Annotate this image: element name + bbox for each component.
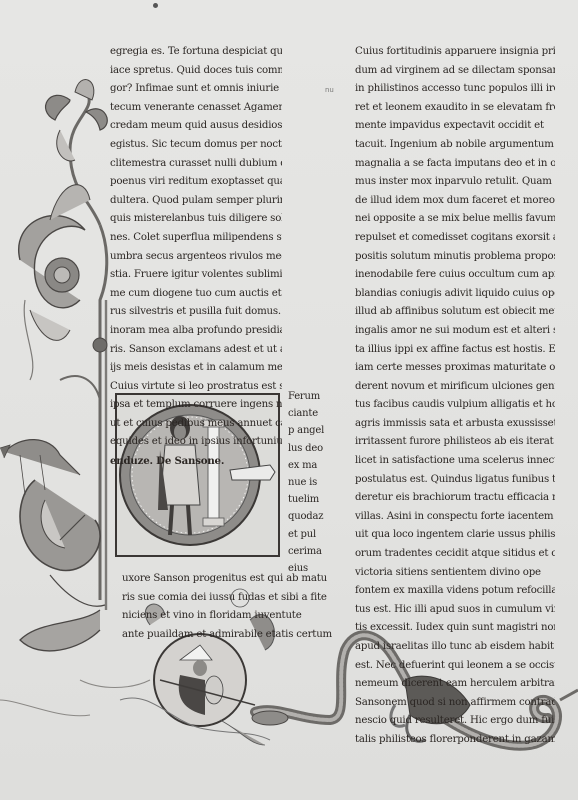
- text-line: est. Nec defuerint qui leonem a se occis…: [355, 657, 555, 676]
- text-line: tis excessit. Iudex quin sunt magistri n…: [355, 619, 555, 638]
- text-line: magnalia a se facta imputans deo et in o…: [355, 155, 555, 174]
- text-line: Cuius fortitudinis apparuere insignia pr…: [355, 43, 555, 62]
- text-line: quodaz: [288, 508, 346, 525]
- right-text-column: Cuius fortitudinis apparuere insignia pr…: [355, 43, 555, 750]
- text-line: ta illius ippi ex affine factus est host…: [355, 341, 555, 360]
- text-line: egregia es. Te fortuna despiciat quia tu…: [110, 43, 282, 62]
- text-line: mus inster mox inparvulo retulit. Quam: [355, 173, 555, 192]
- text-line: mente impavidus expectavit occidit et: [355, 117, 555, 136]
- text-line: nes. Colet superflua milipendens sub arb…: [110, 229, 282, 248]
- text-line: Cuius virtute si leo prostratus est sapi…: [110, 378, 282, 397]
- text-line: deretur eis brachiorum tractu efficacia …: [355, 489, 555, 508]
- text-line: nemeum dicerent eam herculem arbitrarent…: [355, 675, 555, 694]
- text-line: iace spretus. Quid doces tuis commare fu…: [110, 62, 282, 81]
- text-line: et pul: [288, 526, 346, 543]
- text-line: Sansonem quod si non affirmem contradice…: [355, 694, 555, 713]
- text-line: clitemestra curasset nulli dubium quin c…: [110, 155, 282, 174]
- text-line: illud ab affinibus solutum est obiecit m…: [355, 303, 555, 322]
- text-line: ijs meis desistas et in calamum mentem e…: [110, 359, 282, 378]
- text-line: ris. Sanson exclamans adest et ut a desi…: [110, 341, 282, 360]
- text-line: equides et ideo in ipsius infortunium ve…: [110, 433, 282, 452]
- text-line: repulset et comedisset cogitans exorsit …: [355, 229, 555, 248]
- text-line: tus facibus caudis vulpium alligatis et …: [355, 396, 555, 415]
- text-line: ingalis amor ne sui modum est et alteri …: [355, 322, 555, 341]
- margin-note: nu: [325, 86, 334, 94]
- text-line: ipsa et templum corruere ingens non dedi…: [110, 396, 282, 415]
- initial-side-text: Ferum ciante p angel lus deo ex ma nue i…: [288, 388, 346, 577]
- text-line: irritassent furore philisteos ab eis ite…: [355, 433, 555, 452]
- text-line: poenus viri reditum exoptasset quam timu…: [110, 173, 282, 192]
- text-line: nei opposite a se mix belue mellis favum…: [355, 210, 555, 229]
- text-line: ciante: [288, 405, 346, 422]
- text-line: uit qua loco ingentem clarie ussus phili…: [355, 526, 555, 545]
- text-line: cerima: [288, 543, 346, 560]
- text-line: ris sue comia dei iussu fudas et sibi a …: [122, 589, 350, 608]
- text-line: tacuit. Ingenium ab nobile argumentum: [355, 136, 555, 155]
- text-line: de illud idem mox dum faceret et moreora: [355, 192, 555, 211]
- text-line: tus est. Hic illi apud suos in cumulum v…: [355, 601, 555, 620]
- text-line: nescio quid resulteret. Hic ergo dum fui…: [355, 712, 555, 731]
- text-line: inenodabile fere cuius occultum cum apis…: [355, 266, 555, 285]
- text-line: talis philisteos florerponderent in gaza…: [355, 731, 555, 750]
- text-line: fontem ex maxilla videns potum refocilla: [355, 582, 555, 601]
- text-line: credam meum quid ausus desidiosus fuisse…: [110, 117, 282, 136]
- left-text-column: egregia es. Te fortuna despiciat quia tu…: [110, 43, 282, 471]
- text-line: licet in satisfactione uma scelerus inne…: [355, 452, 555, 471]
- manuscript-page: nu egregia es. Te fortuna despiciat quia…: [0, 0, 578, 800]
- text-line: dultera. Quod pulam semper plurimum tran: [110, 192, 282, 211]
- text-line: stia. Fruere igitur volentes sublimia et: [110, 266, 282, 285]
- text-line: lus deo: [288, 440, 346, 457]
- text-line: nue is: [288, 474, 346, 491]
- text-line: blandias coniugis adivit liquido cuius o…: [355, 285, 555, 304]
- text-line: niciens et vino in floridam iuventute: [122, 607, 350, 626]
- text-line: agris immissis sata et arbusta exussisse…: [355, 415, 555, 434]
- text-line: apud israelitas illo tunc ab eisdem habi…: [355, 638, 555, 657]
- text-line: dum ad virginem ad se dilectam sponsandu…: [355, 62, 555, 81]
- text-line: in philistinos accesso tunc populos illi…: [355, 80, 555, 99]
- text-line: iam certe messes proximas maturitate ost…: [355, 359, 555, 378]
- section-heading: enduze. De Sansone.: [110, 452, 282, 471]
- text-line: positis solutum minutis problema proposu…: [355, 248, 555, 267]
- text-line: egistus. Sic tecum domus per noctes vigi…: [110, 136, 282, 155]
- text-line: derent novum et mirificum ulciones genus…: [355, 378, 555, 397]
- text-line: umbra secus argenteos rivulos mediatur c…: [110, 248, 282, 267]
- text-line: orum tradentes cecidit atque sitidus et …: [355, 545, 555, 564]
- text-line: postulatus est. Quindus ligatus funibus …: [355, 471, 555, 490]
- left-bottom-text: uxore Sanson progenitus est qui ab matu …: [122, 570, 350, 644]
- text-line: Ferum: [288, 388, 346, 405]
- text-line: uxore Sanson progenitus est qui ab matu: [122, 570, 350, 589]
- text-line: me cum diogene tuo cum auctis et fabulas…: [110, 285, 282, 304]
- text-line: p angel: [288, 422, 346, 439]
- text-line: ut et cuius pedibus meus annuet calamus …: [110, 415, 282, 434]
- text-line: villas. Asini in conspectu forte iacente…: [355, 508, 555, 527]
- text-line: ante puaildam et admirabile etatis certu…: [122, 626, 350, 645]
- text-line: tecum venerante cenasset Agamenon vix: [110, 99, 282, 118]
- text-line: ret et leonem exaudito in se elevatam fr…: [355, 99, 555, 118]
- text-line: tuelim: [288, 491, 346, 508]
- text-line: ex ma: [288, 457, 346, 474]
- text-line: inoram mea alba profundo presidia dilect…: [110, 322, 282, 341]
- text-line: quis misterelanbus tuis diligere solitud…: [110, 210, 282, 229]
- text-line: gor? Infimae sunt et omnis iniurie despi…: [110, 80, 282, 99]
- text-line: rus silvestris et pusilla fuit domus. Sa…: [110, 303, 282, 322]
- text-line: victoria sitiens sentientem divino ope: [355, 564, 555, 583]
